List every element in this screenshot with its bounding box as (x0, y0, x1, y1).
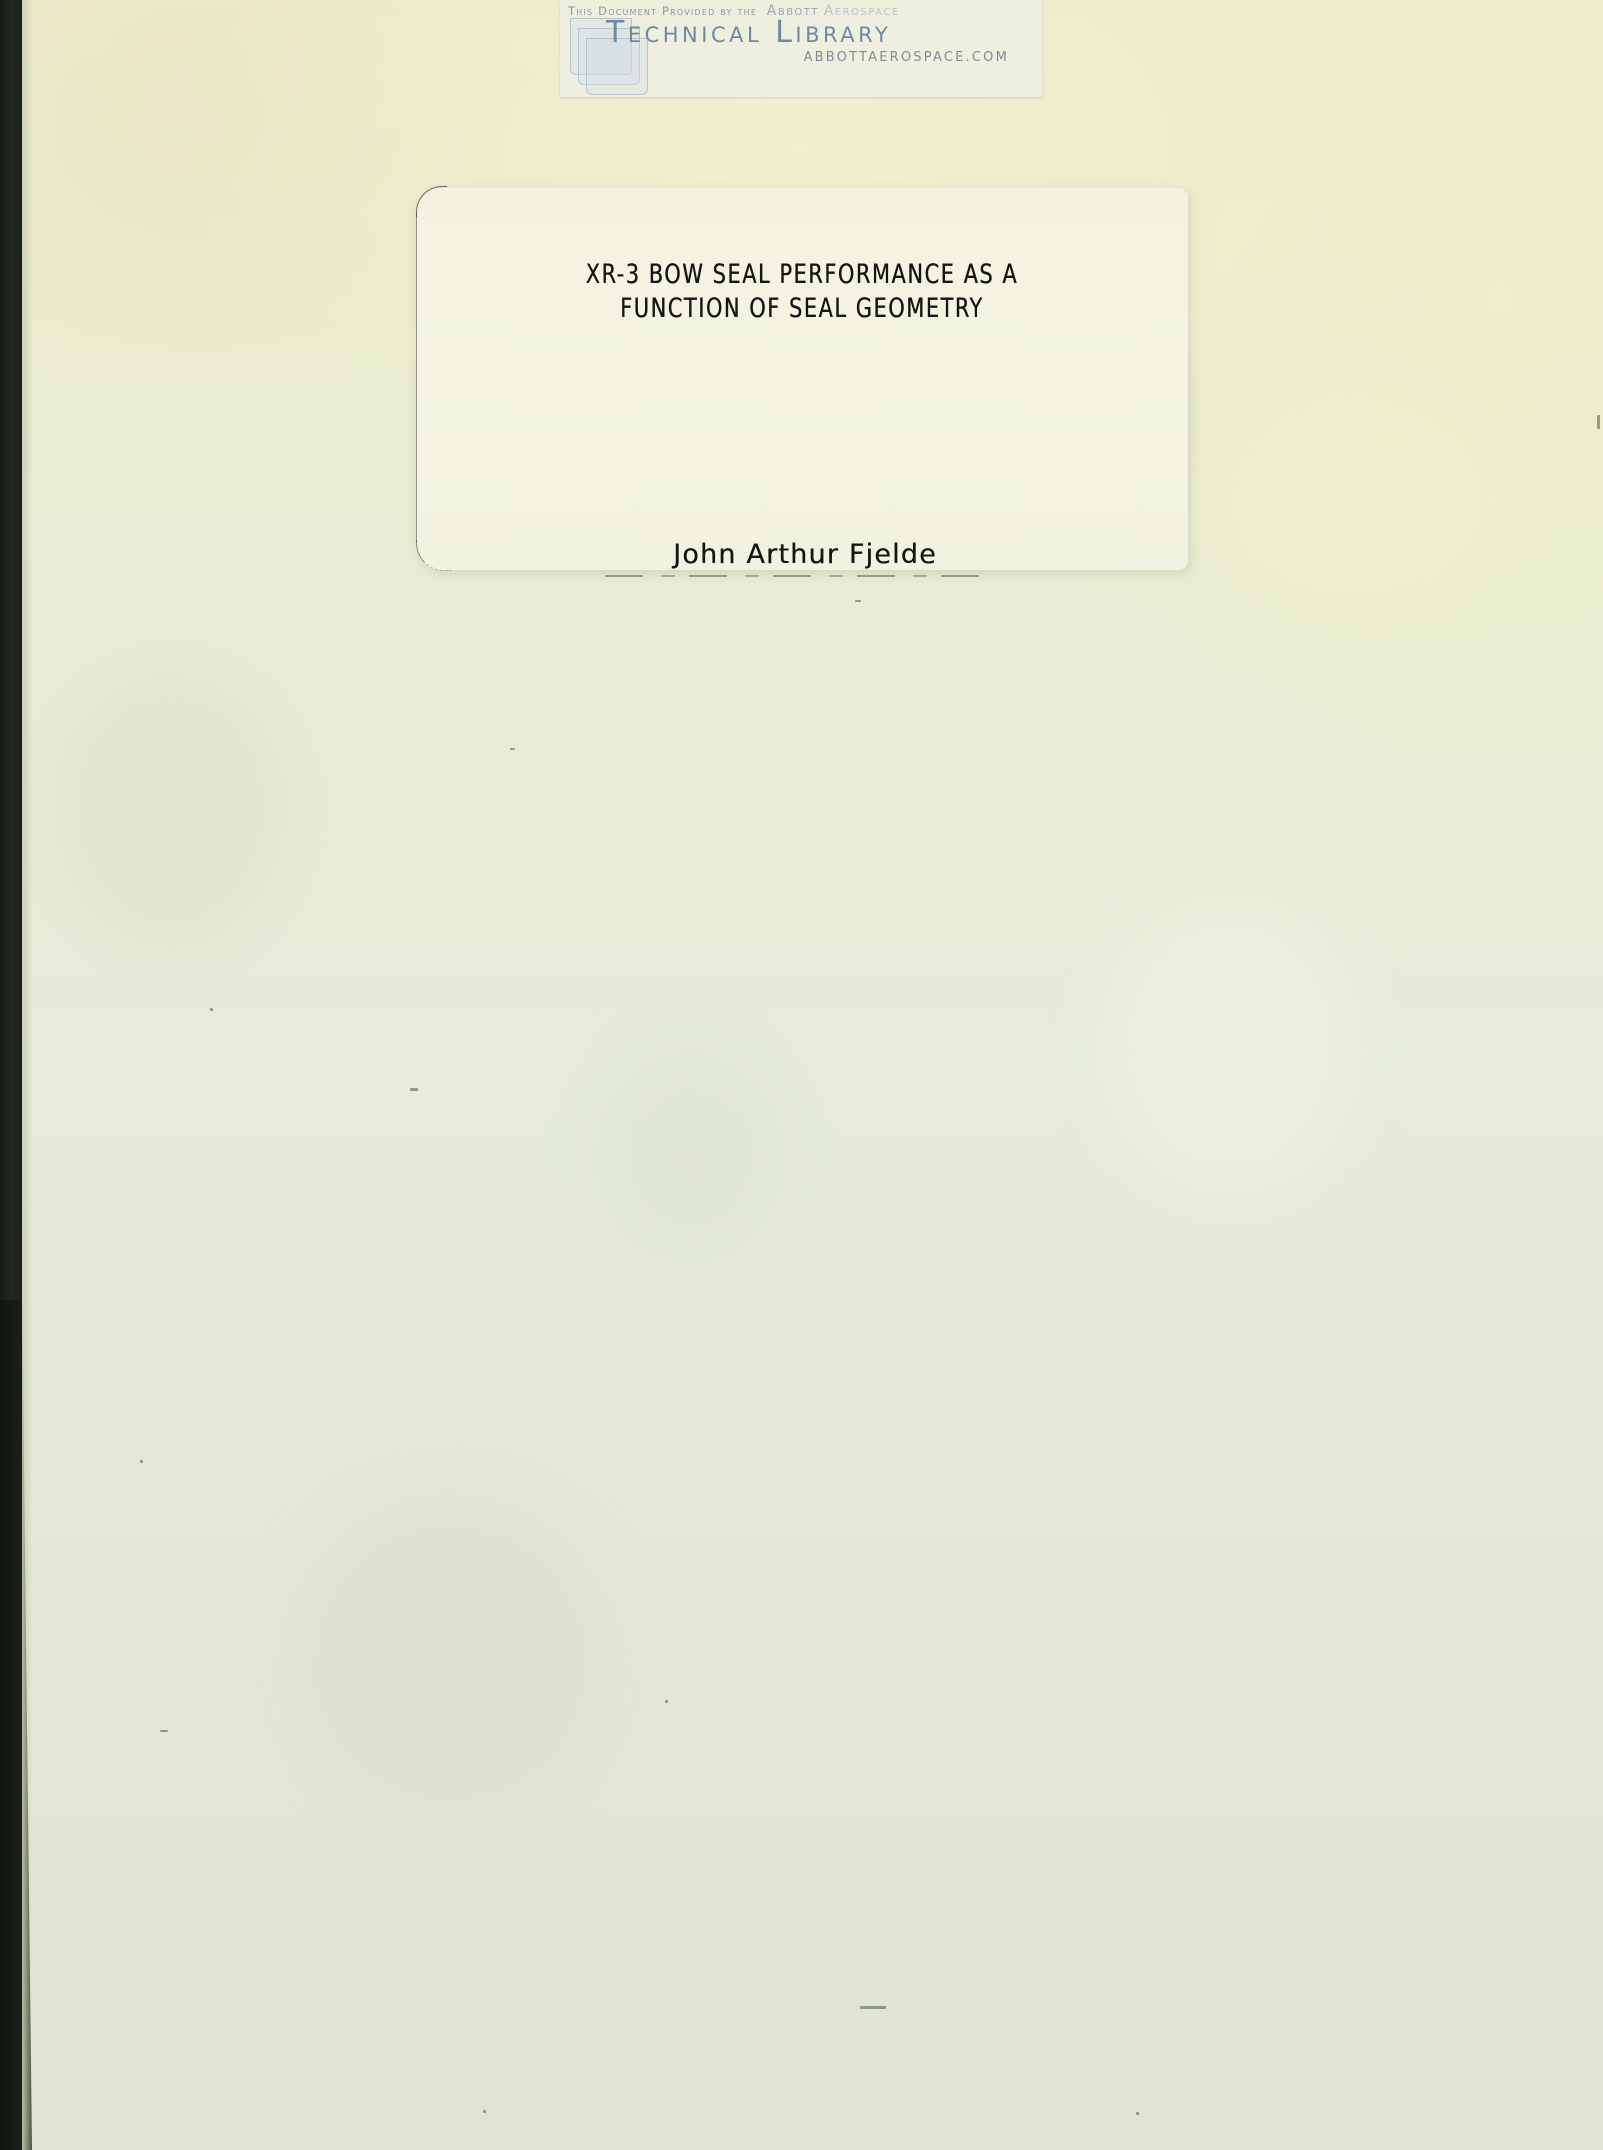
document-title-line-1: XR-3 BOW SEAL PERFORMANCE AS A (470, 258, 1134, 292)
speck (1597, 415, 1600, 429)
speck (665, 1700, 668, 1703)
title-label (416, 188, 1188, 570)
banner-title: Technical Library (606, 16, 891, 50)
paper-stain (600, 1050, 780, 1250)
paper-stain (60, 680, 280, 940)
speck (483, 2110, 486, 2113)
speck (855, 600, 861, 602)
paper-stain (1100, 900, 1360, 1200)
library-banner: This Document Provided by the Abbott Aer… (560, 0, 1042, 97)
document-title-line-2: FUNCTION OF SEAL GEOMETRY (470, 292, 1134, 326)
speck (410, 1088, 418, 1091)
label-border-left (416, 214, 417, 542)
speck (140, 1460, 143, 1463)
spine-edge (22, 0, 32, 2150)
banner-url: ABBOTTAEROSPACE.COM (804, 50, 1009, 65)
speck (160, 1730, 168, 1732)
paper-stain (300, 1500, 600, 1800)
speck (510, 748, 515, 750)
author-underline (605, 575, 995, 577)
document-author: John Arthur Fjelde (416, 537, 1188, 573)
speck (860, 2006, 886, 2009)
speck (1136, 2112, 1139, 2115)
document-title: XR-3 BOW SEAL PERFORMANCE AS A FUNCTION … (470, 258, 1134, 326)
speck (210, 1008, 213, 1011)
paper-stain (1200, 380, 1500, 620)
